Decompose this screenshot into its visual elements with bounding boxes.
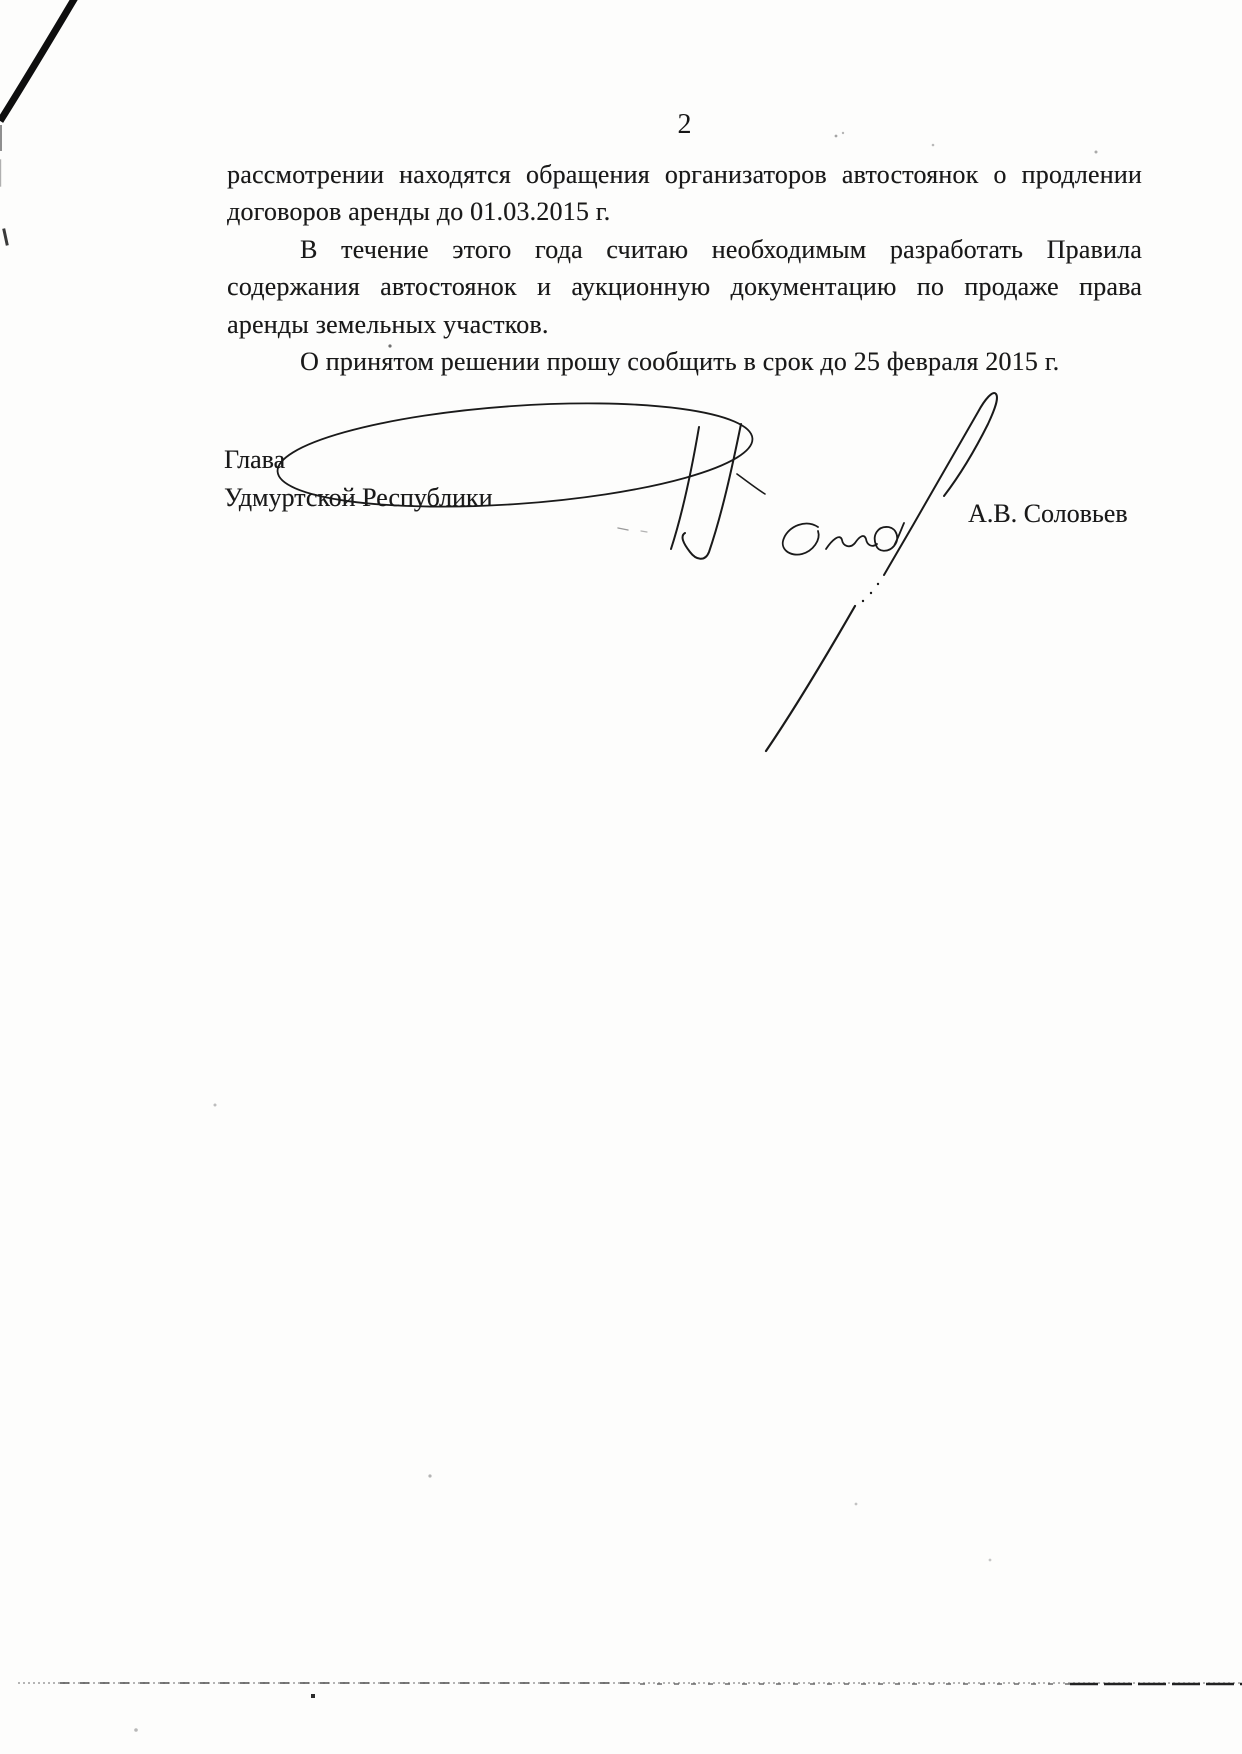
body-line-4: содержания автостоянок и аукционную доку… (227, 268, 1142, 305)
body-line-1: рассмотрении находятся обращения организ… (227, 156, 1142, 193)
letter-body: рассмотрении находятся обращения организ… (227, 156, 1142, 380)
body-line-2: договоров аренды до 01.03.2015 г. (227, 193, 1142, 230)
page-number: 2 (227, 110, 1142, 140)
scanned-document-page: 2 рассмотрении находятся обращения орган… (0, 0, 1242, 1754)
signer-name: А.В. Соловьев (968, 497, 1128, 531)
body-line-6: О принятом решении прошу сообщить в срок… (227, 343, 1142, 380)
body-line-3: В течение этого года считаю необходимым … (227, 231, 1142, 268)
signer-title-line-1: Глава (224, 441, 492, 479)
dashed-separator-line (18, 1683, 1242, 1684)
signer-title: Глава Удмуртской Республики (224, 441, 492, 517)
signer-title-line-2: Удмуртской Республики (224, 479, 492, 517)
body-line-5: аренды земельных участков. (227, 306, 1142, 343)
corner-fold-scan-artifact (1, 0, 77, 244)
